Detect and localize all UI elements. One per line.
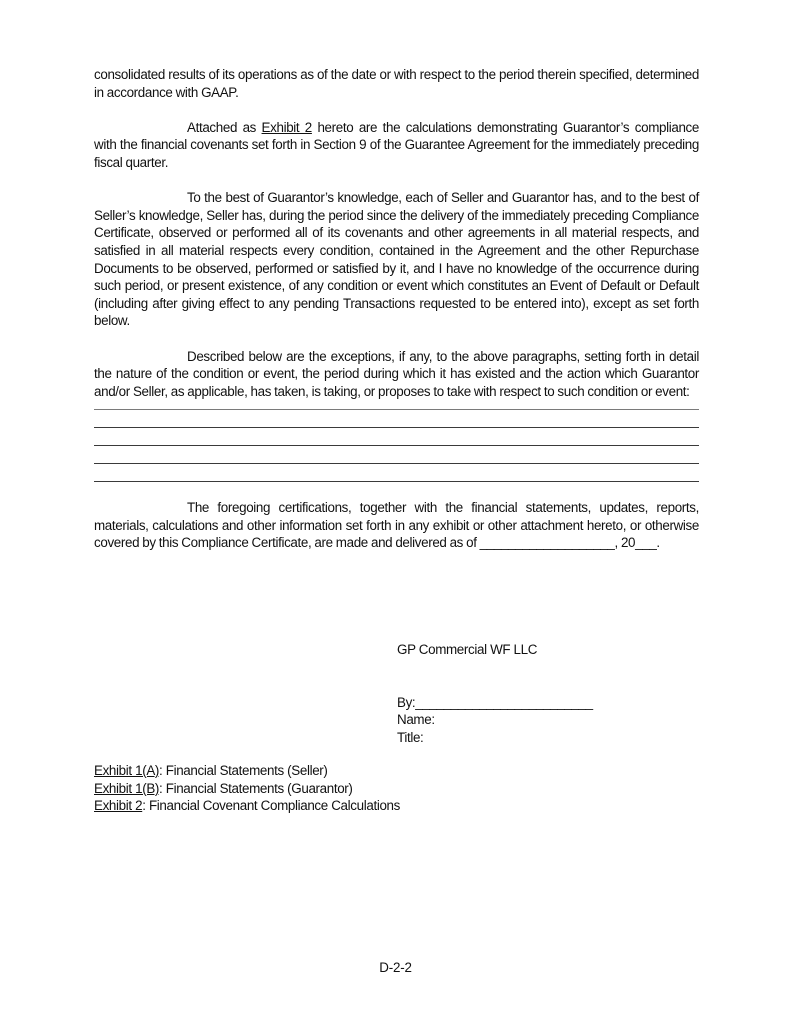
exhibit-label: Exhibit 1(B) (94, 781, 159, 796)
exhibit-label: Exhibit 1(A) (94, 763, 159, 778)
document-body: consolidated results of its operations a… (94, 66, 699, 552)
signature-title-field[interactable]: Title: (397, 729, 593, 747)
page-number: D-2-2 (0, 960, 791, 975)
paragraph-gap (94, 172, 699, 190)
exhibit-item: Exhibit 1(B): Financial Statements (Guar… (94, 780, 400, 798)
paragraph-foregoing-certifications: The foregoing certifications, together w… (94, 499, 699, 552)
date-blank-field[interactable]: ___________________, 20___. (480, 535, 660, 550)
paragraph-text: Attached as (187, 120, 262, 135)
exceptions-blank-line[interactable] (94, 427, 699, 428)
exceptions-blank-lines (94, 409, 699, 482)
exceptions-blank-line[interactable] (94, 409, 699, 410)
exhibit-description: : Financial Statements (Seller) (159, 763, 328, 778)
paragraph-financial-results: consolidated results of its operations a… (94, 66, 699, 101)
signatory-entity: GP Commercial WF LLC (397, 641, 593, 659)
exceptions-blank-line[interactable] (94, 463, 699, 464)
paragraph-gap (94, 101, 699, 119)
exceptions-blank-line[interactable] (94, 445, 699, 446)
paragraph-exceptions: Described below are the exceptions, if a… (94, 348, 699, 401)
signature-block: GP Commercial WF LLC By:________________… (397, 641, 593, 746)
exhibit-description: : Financial Statements (Guarantor) (159, 781, 353, 796)
paragraph-knowledge-certification: To the best of Guarantor’s knowledge, ea… (94, 189, 699, 330)
exhibit-2-reference: Exhibit 2 (262, 120, 312, 135)
exhibit-item: Exhibit 2: Financial Covenant Compliance… (94, 797, 400, 815)
exhibit-description: : Financial Covenant Compliance Calculat… (142, 798, 400, 813)
paragraph-gap (94, 330, 699, 348)
paragraph-exhibit-2-attachment: Attached as Exhibit 2 hereto are the cal… (94, 119, 699, 172)
exhibit-label: Exhibit 2 (94, 798, 142, 813)
exhibit-list: Exhibit 1(A): Financial Statements (Sell… (94, 762, 400, 815)
signature-by-field[interactable]: By:_________________________ (397, 694, 593, 712)
signature-name-field[interactable]: Name: (397, 711, 593, 729)
exhibit-item: Exhibit 1(A): Financial Statements (Sell… (94, 762, 400, 780)
exceptions-blank-line[interactable] (94, 481, 699, 482)
paragraph-text: hereto are the calculations demonstratin… (94, 120, 699, 170)
